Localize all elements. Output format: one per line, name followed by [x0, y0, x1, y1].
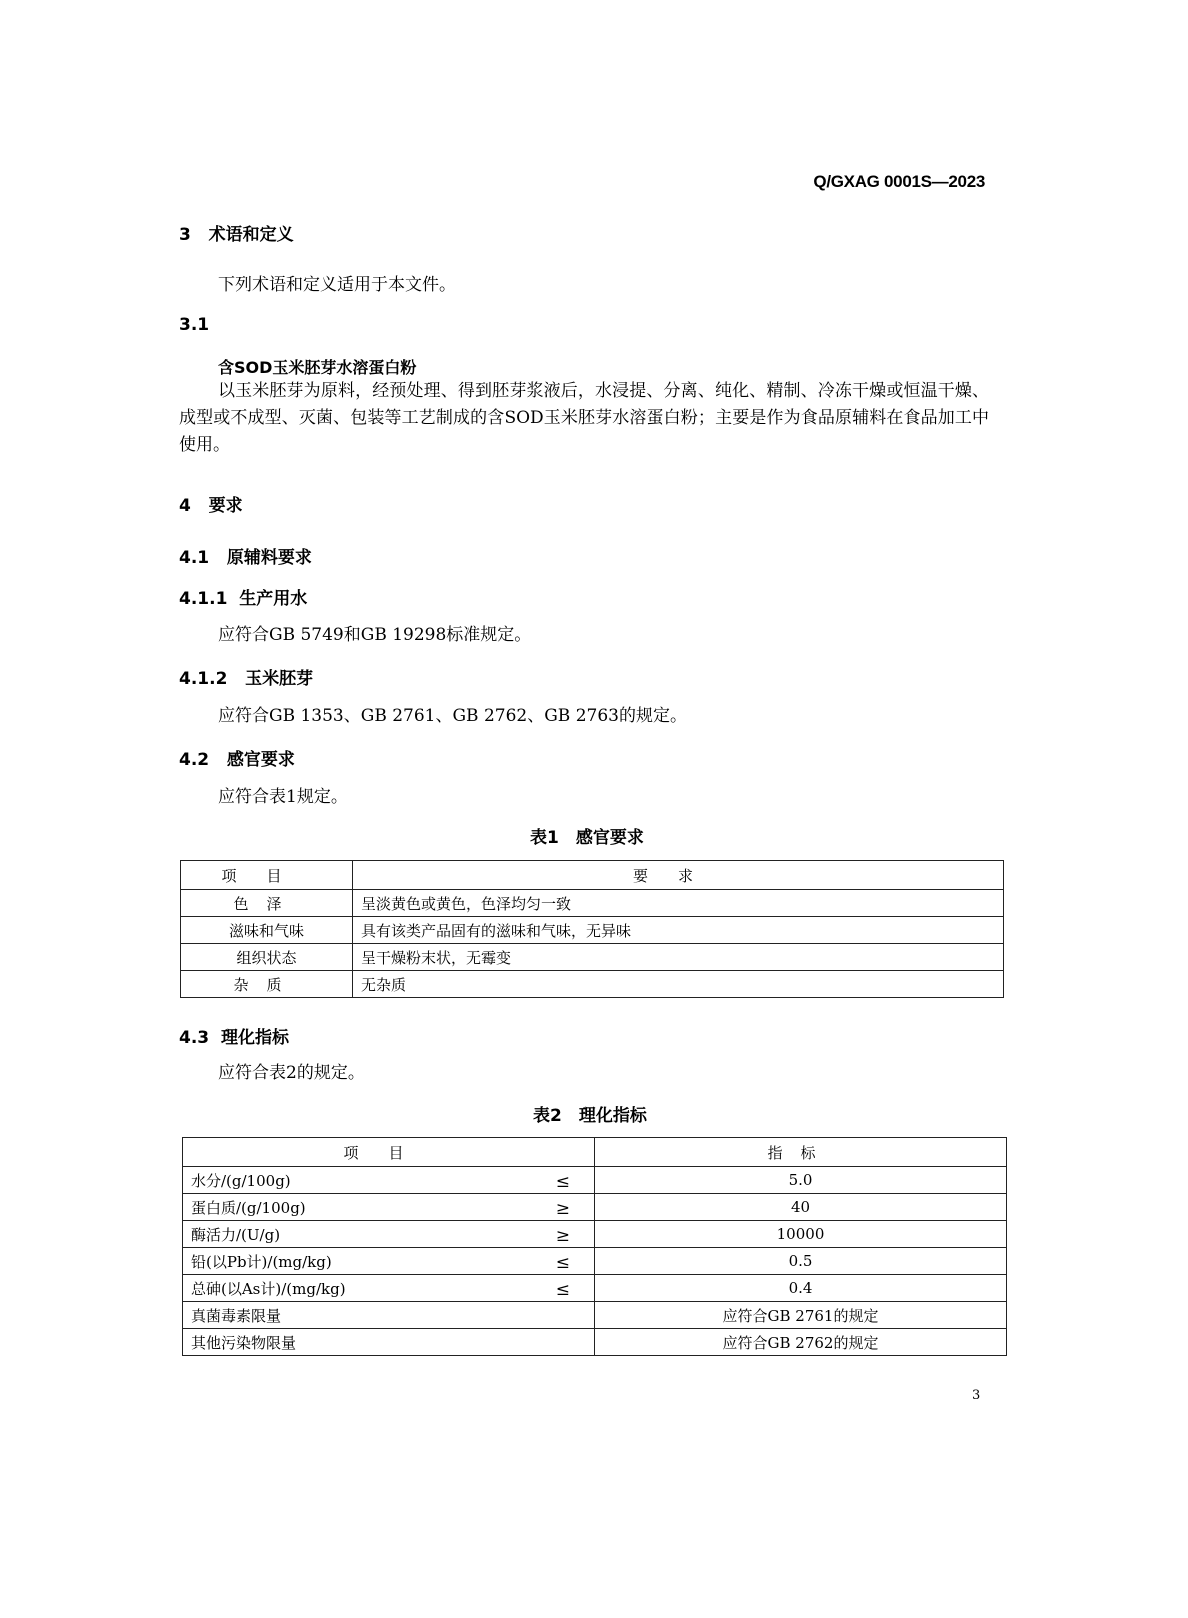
comparison-symbol: ≤: [556, 1253, 570, 1273]
section-title: 术语和定义: [209, 225, 294, 245]
row-value: 0.5: [595, 1248, 1007, 1275]
physicochemical-indicators-table: 项目 指标 水分/(g/100g)≤ 5.0 蛋白质/(g/100g)≥ 40 …: [182, 1137, 1007, 1356]
header-indicator: 指标: [595, 1138, 1007, 1167]
section-number: 4.2: [179, 750, 209, 770]
row-value: 10000: [595, 1221, 1007, 1248]
section-4-1-2-heading: 4.1.2 玉米胚芽: [179, 664, 313, 689]
table-row: 水分/(g/100g)≤ 5.0: [183, 1167, 1007, 1194]
row-item: 水分/(g/100g): [191, 1172, 291, 1190]
section-title: 生产用水: [239, 589, 307, 609]
section-title: 要求: [209, 496, 243, 516]
table-row: 总砷(以As计)/(mg/kg)≤ 0.4: [183, 1275, 1007, 1302]
table-header-row: 项目 要求: [181, 861, 1004, 890]
section-4-2-text: 应符合表1规定。: [218, 784, 348, 811]
table-1-caption: 表1 感官要求: [530, 823, 644, 848]
page-number: 3: [972, 1388, 980, 1403]
row-item: 总砷(以As计)/(mg/kg): [191, 1280, 346, 1298]
table-row: 蛋白质/(g/100g)≥ 40: [183, 1194, 1007, 1221]
header-item: 项目: [181, 861, 353, 890]
table-2-caption: 表2 理化指标: [533, 1101, 647, 1126]
table-row: 铅(以Pb计)/(mg/kg)≤ 0.5: [183, 1248, 1007, 1275]
term-title: 含SOD玉米胚芽水溶蛋白粉: [218, 355, 416, 378]
section-3-1-number: 3.1: [179, 315, 209, 335]
comparison-symbol: ≥: [556, 1226, 570, 1246]
section-title: 原辅料要求: [227, 548, 312, 568]
table-row: 组织状态 呈干燥粉末状，无霉变: [181, 944, 1004, 971]
section-4-1-heading: 4.1 原辅料要求: [179, 543, 312, 568]
document-code: Q/GXAG 0001S—2023: [813, 172, 985, 192]
row-item: 其他污染物限量: [191, 1334, 296, 1352]
section-number: 3: [179, 225, 191, 245]
comparison-symbol: ≥: [556, 1199, 570, 1219]
section-number: 4.1.2: [179, 669, 227, 689]
section-title: 理化指标: [221, 1028, 289, 1048]
section-4-1-2-text: 应符合GB 1353、GB 2761、GB 2762、GB 2763的规定。: [218, 703, 687, 730]
table-row: 真菌毒素限量 应符合GB 2761的规定: [183, 1302, 1007, 1329]
row-item: 组织状态: [181, 944, 353, 971]
comparison-symbol: ≤: [556, 1280, 570, 1300]
section-4-3-text: 应符合表2的规定。: [218, 1060, 365, 1087]
section-4-1-1-text: 应符合GB 5749和GB 19298标准规定。: [218, 622, 531, 649]
row-requirement: 无杂质: [353, 971, 1004, 998]
section-number: 4.1: [179, 548, 209, 568]
row-item: 酶活力/(U/g): [191, 1226, 280, 1244]
section-4-2-heading: 4.2 感官要求: [179, 745, 295, 770]
row-requirement: 呈淡黄色或黄色，色泽均匀一致: [353, 890, 1004, 917]
row-item: 滋味和气味: [181, 917, 353, 944]
header-requirement: 要求: [353, 861, 1004, 890]
section-3-intro: 下列术语和定义适用于本文件。: [218, 272, 456, 299]
section-3-heading: 3 术语和定义: [179, 220, 294, 245]
row-value: 5.0: [595, 1167, 1007, 1194]
row-item: 铅(以Pb计)/(mg/kg): [191, 1253, 332, 1271]
table-header-row: 项目 指标: [183, 1138, 1007, 1167]
table-row: 色泽 呈淡黄色或黄色，色泽均匀一致: [181, 890, 1004, 917]
section-title: 玉米胚芽: [245, 669, 313, 689]
row-requirement: 呈干燥粉末状，无霉变: [353, 944, 1004, 971]
row-item: 蛋白质/(g/100g): [191, 1199, 306, 1217]
row-item: 杂质: [181, 971, 353, 998]
section-4-3-heading: 4.3 理化指标: [179, 1023, 289, 1048]
row-item: 色泽: [181, 890, 353, 917]
section-4-1-1-heading: 4.1.1 生产用水: [179, 584, 307, 609]
row-item: 真菌毒素限量: [191, 1307, 281, 1325]
table-row: 其他污染物限量 应符合GB 2762的规定: [183, 1329, 1007, 1356]
row-value: 0.4: [595, 1275, 1007, 1302]
sensory-requirements-table: 项目 要求 色泽 呈淡黄色或黄色，色泽均匀一致 滋味和气味 具有该类产品固有的滋…: [180, 860, 1004, 998]
section-number: 4.3: [179, 1028, 209, 1048]
table-row: 杂质 无杂质: [181, 971, 1004, 998]
table-row: 酶活力/(U/g)≥ 10000: [183, 1221, 1007, 1248]
row-value: 应符合GB 2762的规定: [595, 1329, 1007, 1356]
section-4-heading: 4 要求: [179, 491, 243, 516]
row-value: 40: [595, 1194, 1007, 1221]
row-value: 应符合GB 2761的规定: [595, 1302, 1007, 1329]
comparison-symbol: ≤: [556, 1172, 570, 1192]
row-requirement: 具有该类产品固有的滋味和气味，无异味: [353, 917, 1004, 944]
header-item: 项目: [183, 1138, 595, 1167]
section-number: 4: [179, 496, 191, 516]
table-row: 滋味和气味 具有该类产品固有的滋味和气味，无异味: [181, 917, 1004, 944]
section-number: 4.1.1: [179, 589, 227, 609]
term-definition: 以玉米胚芽为原料，经预处理、得到胚芽浆液后，水浸提、分离、纯化、精制、冷冻干燥或…: [179, 378, 989, 459]
section-title: 感官要求: [227, 750, 295, 770]
